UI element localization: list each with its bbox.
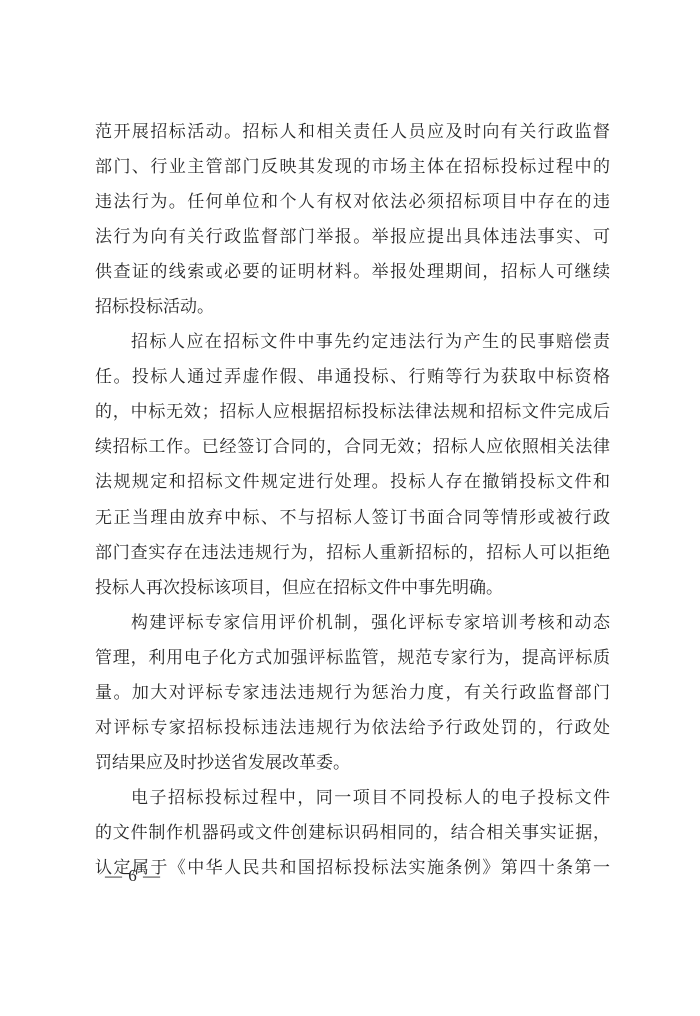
paragraph-3: 构建评标专家信用评价机制，强化评标专家培训考核和动态 管理，利用电子化方式加强评…	[95, 606, 610, 781]
document-body: 范开展招标活动。招标人和相关责任人员应及时向有关行政监督 部门、行业主管部门反映…	[95, 115, 610, 886]
text-line: 罚结果应及时抄送省发展改革委。	[95, 746, 610, 781]
paragraph-4: 电子招标投标过程中，同一项目不同投标人的电子投标文件 的文件制作机器码或文件创建…	[95, 781, 610, 886]
text-line: 电子招标投标过程中，同一项目不同投标人的电子投标文件	[95, 781, 610, 816]
text-line: 法行为向有关行政监督部门举报。举报应提出具体违法事实、可	[95, 220, 610, 255]
text-line: 部门、行业主管部门反映其发现的市场主体在招标投标过程中的	[95, 150, 610, 185]
text-line: 投标人再次投标该项目，但应在招标文件中事先明确。	[95, 571, 610, 606]
page-number: — 6 —	[105, 866, 161, 886]
text-line: 续招标工作。已经签订合同的，合同无效；招标人应依照相关法律	[95, 430, 610, 465]
text-line: 认定属于《中华人民共和国招标投标法实施条例》第四十条第一	[95, 851, 610, 886]
text-line: 法规规定和招标文件规定进行处理。投标人存在撤销投标文件和	[95, 465, 610, 500]
document-page: 范开展招标活动。招标人和相关责任人员应及时向有关行政监督 部门、行业主管部门反映…	[0, 0, 700, 1016]
text-line: 部门查实存在违法违规行为，招标人重新招标的，招标人可以拒绝	[95, 536, 610, 571]
text-line: 无正当理由放弃中标、不与招标人签订书面合同等情形或被行政	[95, 501, 610, 536]
text-line: 对评标专家招标投标违法违规行为依法给予行政处罚的，行政处	[95, 711, 610, 746]
text-line: 违法行为。任何单位和个人有权对依法必须招标项目中存在的违	[95, 185, 610, 220]
text-line: 供查证的线索或必要的证明材料。举报处理期间，招标人可继续	[95, 255, 610, 290]
text-line: 任。投标人通过弄虚作假、串通投标、行贿等行为获取中标资格	[95, 360, 610, 395]
text-line: 招标投标活动。	[95, 290, 610, 325]
paragraph-1: 范开展招标活动。招标人和相关责任人员应及时向有关行政监督 部门、行业主管部门反映…	[95, 115, 610, 325]
text-line: 的，中标无效；招标人应根据招标投标法律法规和招标文件完成后	[95, 395, 610, 430]
paragraph-2: 招标人应在招标文件中事先约定违法行为产生的民事赔偿责 任。投标人通过弄虚作假、串…	[95, 325, 610, 605]
text-line: 招标人应在招标文件中事先约定违法行为产生的民事赔偿责	[95, 325, 610, 360]
text-line: 管理，利用电子化方式加强评标监管，规范专家行为，提高评标质	[95, 641, 610, 676]
text-line: 的文件制作机器码或文件创建标识码相同的，结合相关事实证据，	[95, 816, 610, 851]
text-line: 构建评标专家信用评价机制，强化评标专家培训考核和动态	[95, 606, 610, 641]
text-line: 范开展招标活动。招标人和相关责任人员应及时向有关行政监督	[95, 115, 610, 150]
text-line: 量。加大对评标专家违法违规行为惩治力度，有关行政监督部门	[95, 676, 610, 711]
